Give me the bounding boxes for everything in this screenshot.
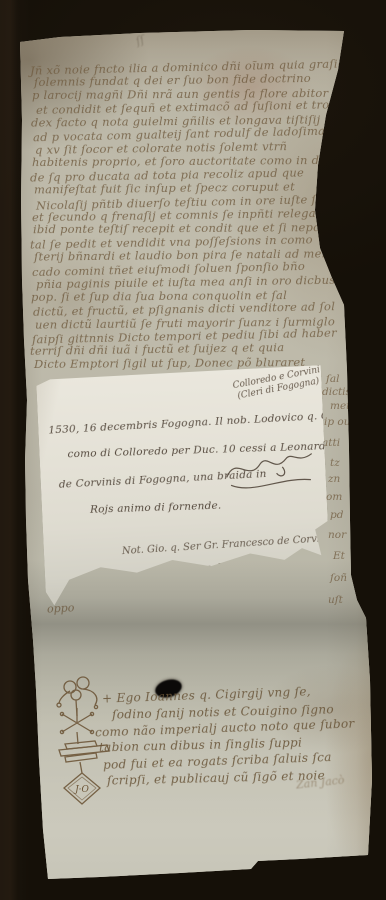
signature-flourish-icon xyxy=(221,445,319,495)
margin-fragment: uſt xyxy=(328,594,343,606)
margin-fragment: ſal xyxy=(326,373,340,385)
margin-fragment: zn xyxy=(328,473,340,485)
margin-fragment: pd xyxy=(330,509,343,521)
note-line: Rojs animo di fornende. xyxy=(90,500,222,516)
margin-fragment: ſoñ xyxy=(330,572,347,584)
notary-line: ſcripſi, et publicauj cũ ſigõ et noie xyxy=(107,768,325,787)
manuscript-fragment-oppo: oppo xyxy=(47,601,75,615)
margin-fragment: met xyxy=(330,400,350,412)
note-attestation-line2: di Fogogna. Reg. viij. xyxy=(155,560,263,579)
archival-note-overlay: Colloredo e Corvini (Cleri di Fogogna) 1… xyxy=(36,365,331,607)
note-attestation-line1: Not. Gio. q. Ser Gr. Francesco de Corvin… xyxy=(122,533,336,558)
signum-letters: J·O xyxy=(73,785,89,795)
margin-fragment: Et xyxy=(333,550,345,562)
margin-fragment: ip out xyxy=(324,416,355,428)
margin-fragment: tz xyxy=(330,457,340,469)
notary-line: + Ego Ioannes q. Cigirgij vng ſe, xyxy=(102,684,311,705)
margin-fragment: nor xyxy=(328,529,346,541)
margin-fragment: atti xyxy=(322,437,340,449)
margin-fragment: dictis xyxy=(322,386,351,398)
top-archival-mark: ſſ xyxy=(134,33,146,48)
note-line: 1530, 16 decembris Fogogna. Il nob. Lodo… xyxy=(48,409,340,436)
photograph-of-manuscript: ſſ Jñ xõ noie fncto ilia a dominico dñi … xyxy=(0,0,386,900)
margin-fragment: om xyxy=(326,491,342,503)
parchment-document: ſſ Jñ xõ noie fncto ilia a dominico dñi … xyxy=(0,0,386,900)
